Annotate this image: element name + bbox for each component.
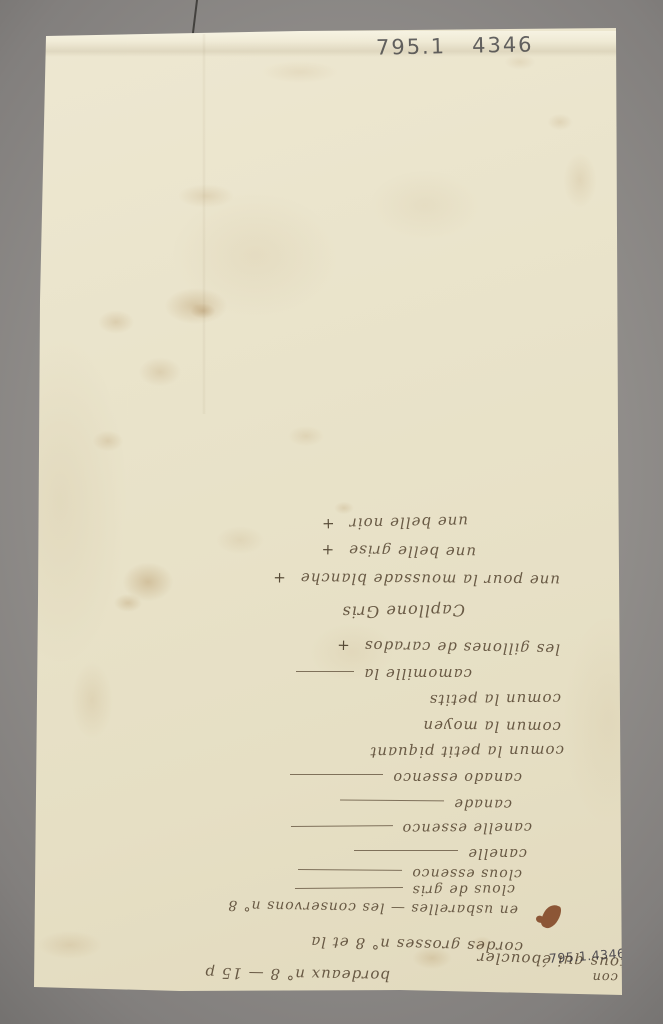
entry-plus-mark: + bbox=[336, 635, 350, 655]
manuscript-line-text: camomille la bbox=[363, 664, 472, 684]
manuscript-line-text: canelle essenco bbox=[402, 817, 533, 838]
manuscript-line-text: comun la petit piquant bbox=[369, 741, 564, 763]
accession-number-top: 795.1 4346 bbox=[376, 32, 537, 65]
paper-vertical-crease bbox=[202, 34, 206, 414]
entry-filler-dash bbox=[298, 870, 402, 872]
manuscript-line: comun la moyen bbox=[298, 714, 561, 738]
manuscript-line-text: canelle bbox=[467, 843, 527, 863]
manuscript-line-text: comun la moyen bbox=[422, 716, 561, 737]
manuscript-line-text: con bbox=[591, 966, 618, 986]
manuscript-line: bordeaux n° 8 — 15 p bbox=[55, 959, 390, 987]
manuscript-line: canelle essenco bbox=[291, 816, 532, 840]
manuscript-line: en usbarelles — les conservons n° 8 bbox=[183, 893, 518, 921]
manuscript-line: une belle grise+ bbox=[298, 538, 476, 563]
ink-blot bbox=[539, 902, 564, 931]
manuscript-line: Capllone Gris bbox=[305, 599, 465, 624]
manuscript-line-text: bordeaux n° 8 — 15 p bbox=[204, 963, 390, 986]
entry-filler-dash bbox=[296, 672, 354, 673]
manuscript-line: canado essenco bbox=[290, 766, 522, 788]
manuscript-line: con bbox=[556, 964, 618, 987]
manuscript-line-text: une pour la moussade blanche bbox=[300, 568, 560, 590]
photo-backdrop: 795.1 4346 une belle noir+une belle gris… bbox=[0, 0, 663, 1024]
manuscript-line: comun la petit piquant bbox=[281, 740, 564, 764]
thread-artifact bbox=[192, 0, 198, 35]
entry-filler-dash bbox=[291, 826, 393, 828]
entry-plus-mark: + bbox=[320, 540, 334, 560]
entry-filler-dash bbox=[295, 888, 403, 890]
manuscript-line-text: en usbarelles — les conservons n° 8 bbox=[227, 895, 518, 920]
manuscript-line: camomille la bbox=[296, 663, 472, 685]
manuscript-line-text: les gillones de carados bbox=[364, 636, 561, 659]
entry-filler-dash bbox=[354, 851, 458, 852]
manuscript-line-text: canade bbox=[453, 793, 512, 814]
manuscript-paper: 795.1 4346 une belle noir+une belle gris… bbox=[0, 0, 663, 1024]
manuscript-line: une pour la moussade blanche+ bbox=[200, 566, 560, 591]
manuscript-line-text: canado essenco bbox=[392, 767, 522, 787]
entry-filler-dash bbox=[340, 800, 444, 802]
entry-plus-mark: + bbox=[321, 514, 335, 534]
entry-filler-dash bbox=[290, 775, 383, 776]
manuscript-line: comun la petits bbox=[303, 688, 561, 712]
manuscript-line-text: une belle noir bbox=[348, 512, 468, 534]
manuscript-line-text: une belle grise bbox=[348, 540, 476, 562]
manuscript-line-text: comun la petits bbox=[429, 689, 561, 710]
manuscript-line: canade bbox=[293, 791, 512, 815]
manuscript-line-text: Capllone Gris bbox=[341, 600, 465, 622]
manuscript-line: les gillones de carados+ bbox=[290, 634, 560, 661]
manuscript-line: une belle noir+ bbox=[298, 511, 468, 536]
entry-plus-mark: + bbox=[272, 568, 286, 588]
